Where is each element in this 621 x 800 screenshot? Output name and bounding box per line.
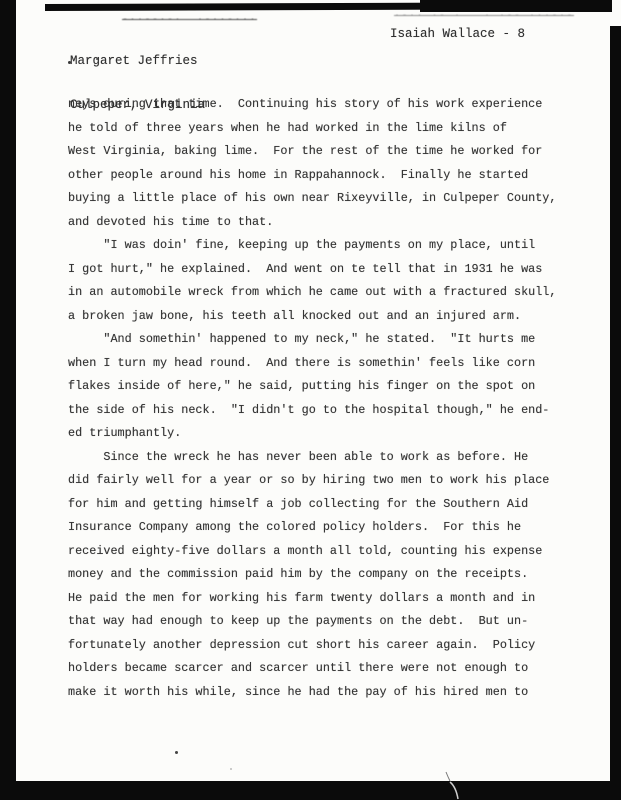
ink-speck bbox=[96, 58, 98, 60]
body-text-line: did fairly well for a year or so by hiri… bbox=[68, 469, 583, 493]
body-text-line: "I was doin' fine, keeping up the paymen… bbox=[68, 234, 583, 258]
body-text-line: when I turn my head round. And there is … bbox=[68, 352, 583, 376]
body-text-line: I got hurt," he explained. And went on t… bbox=[68, 258, 583, 282]
body-text-line: money and the commission paid him by the… bbox=[68, 563, 583, 587]
struck-out-text-right: ·-·· ·- · · ·-- ···-·- bbox=[394, 11, 574, 22]
body-text-line: fortunately another depression cut short… bbox=[68, 634, 583, 658]
body-text-line: neys during that time. Continuing his st… bbox=[68, 93, 583, 117]
scan-edge-right bbox=[610, 26, 621, 800]
body-text-line: holders became scarcer and scarcer until… bbox=[68, 657, 583, 681]
body-text-line: flakes inside of here," he said, putting… bbox=[68, 375, 583, 399]
ink-speck bbox=[175, 751, 178, 754]
body-text-line: that way had enough to keep up the payme… bbox=[68, 610, 583, 634]
ink-speck bbox=[68, 61, 71, 64]
subject-and-page-number: Isaiah Wallace - 8 bbox=[390, 27, 525, 41]
scratch-mark bbox=[442, 770, 472, 800]
body-text-line: Since the wreck he has never been able t… bbox=[68, 446, 583, 470]
body-text-line: "And somethin' happened to my neck," he … bbox=[68, 328, 583, 352]
body-text-line: in an automobile wreck from which he cam… bbox=[68, 281, 583, 305]
body-text-line: for him and getting himself a job collec… bbox=[68, 493, 583, 517]
body-text-line: Insurance Company among the colored poli… bbox=[68, 516, 583, 540]
body-text-line: make it worth his while, since he had th… bbox=[68, 681, 583, 705]
body-text-line: the side of his neck. "I didn't go to th… bbox=[68, 399, 583, 423]
body-text-line: received eighty-five dollars a month all… bbox=[68, 540, 583, 564]
body-text-line: He paid the men for working his farm twe… bbox=[68, 587, 583, 611]
body-text-line: buying a little place of his own near Ri… bbox=[68, 187, 583, 211]
body-text: neys during that time. Continuing his st… bbox=[68, 93, 583, 704]
interviewer-name: Margaret Jeffries bbox=[70, 54, 205, 69]
document-page: -··--·-· ·-··-··· ·-·· ·- · · ·-- ···-·-… bbox=[0, 0, 621, 800]
body-text-line: he told of three years when he had worke… bbox=[68, 117, 583, 141]
body-text-line: ed triumphantly. bbox=[68, 422, 583, 446]
scan-edge-bottom bbox=[0, 781, 621, 800]
body-text-line: other people around his home in Rappahan… bbox=[68, 164, 583, 188]
body-text-line: and devoted his time to that. bbox=[68, 211, 583, 235]
scan-edge-left bbox=[0, 0, 16, 800]
body-text-line: a broken jaw bone, his teeth all knocked… bbox=[68, 305, 583, 329]
body-text-line: West Virginia, baking lime. For the rest… bbox=[68, 140, 583, 164]
ink-speck bbox=[230, 768, 232, 770]
